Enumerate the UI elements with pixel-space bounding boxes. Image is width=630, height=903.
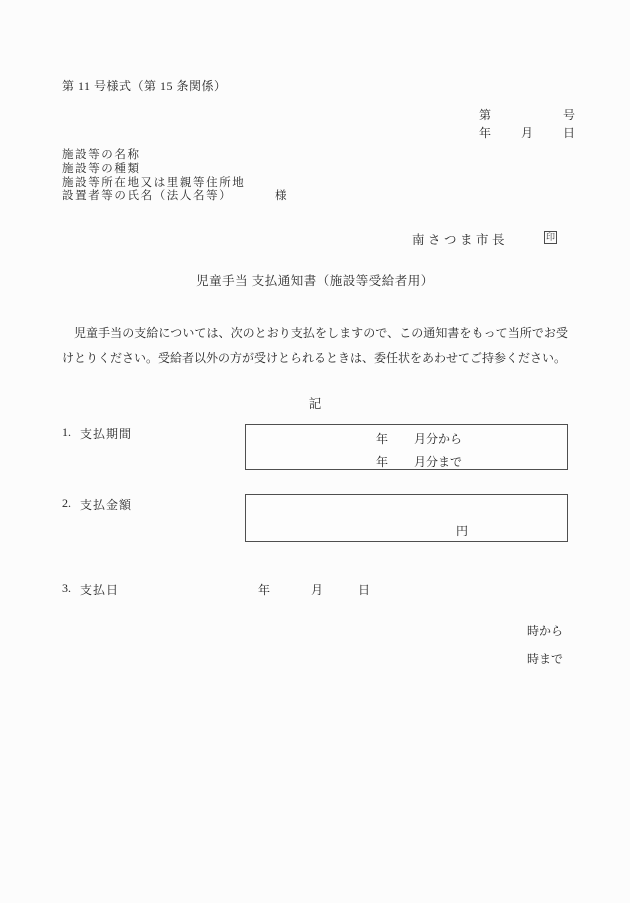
facility-type-label: 施設等の種類 xyxy=(62,163,245,177)
facility-address-label: 施設等所在地又は里親等住所地 xyxy=(62,177,245,191)
item-3-label: 3. 支払日 xyxy=(62,581,119,598)
payment-date-day-label: 日 xyxy=(358,583,370,597)
payment-date-month-label: 月 xyxy=(311,583,323,597)
doc-number-suffix: 号 xyxy=(563,106,575,123)
document-title: 児童手当 支払通知書（施設等受給者用） xyxy=(0,271,630,289)
yen-label: 円 xyxy=(456,522,468,539)
period-to-year-label: 年 xyxy=(376,455,388,469)
item-3-number: 3. xyxy=(62,581,71,598)
period-to-line: 年 月分まで xyxy=(376,453,462,470)
document-page: 第 11 号様式（第 15 条関係） 第 号 年 月 日 施設等の名称 施設等の… xyxy=(0,0,630,903)
seal-mark: 印 xyxy=(546,233,555,242)
recipient-block: 施設等の名称 施設等の種類 施設等所在地又は里親等住所地 設置者等の氏名（法人名… xyxy=(62,149,245,204)
doc-number-prefix: 第 xyxy=(479,106,491,123)
day-label: 日 xyxy=(563,124,575,141)
mayor-name: 南さつま市長 xyxy=(412,230,508,248)
period-from-year-label: 年 xyxy=(376,432,388,446)
period-from-line: 年 月分から xyxy=(376,430,462,447)
month-label: 月 xyxy=(521,124,533,141)
facility-name-label: 施設等の名称 xyxy=(62,149,245,163)
item-1-number: 1. xyxy=(62,425,71,442)
payment-date-line: 年 月 日 xyxy=(258,581,370,598)
payment-date-year-label: 年 xyxy=(258,583,270,597)
payment-amount-box: 円 xyxy=(245,494,568,542)
period-to-suffix: 月分まで xyxy=(414,455,462,469)
payment-period-label: 支払期間 xyxy=(80,425,132,442)
payment-date-label: 支払日 xyxy=(80,581,119,598)
doc-number-line: 第 号 xyxy=(479,106,575,123)
body-paragraph: 児童手当の支給については、次のとおり支払をしますので、この通知書をもって当所でお… xyxy=(62,321,568,371)
payment-amount-label: 支払金額 xyxy=(80,496,132,513)
issue-date-line: 年 月 日 xyxy=(479,124,575,141)
ki-heading: 記 xyxy=(0,394,630,412)
founder-name-label: 設置者等の氏名（法人名等） xyxy=(62,190,232,202)
year-label: 年 xyxy=(479,124,491,141)
time-to-label: 時まで xyxy=(527,650,563,667)
seal-box: 印 xyxy=(544,231,557,244)
honorific-label: 様 xyxy=(275,190,287,204)
time-from-label: 時から xyxy=(527,622,563,639)
period-from-suffix: 月分から xyxy=(414,432,462,446)
form-number: 第 11 号様式（第 15 条関係） xyxy=(62,77,227,94)
payment-period-box: 年 月分から 年 月分まで xyxy=(245,424,568,470)
item-2-number: 2. xyxy=(62,496,71,513)
founder-name-row: 設置者等の氏名（法人名等） 様 xyxy=(62,190,245,204)
item-2-label: 2. 支払金額 xyxy=(62,496,132,513)
item-1-label: 1. 支払期間 xyxy=(62,425,132,442)
